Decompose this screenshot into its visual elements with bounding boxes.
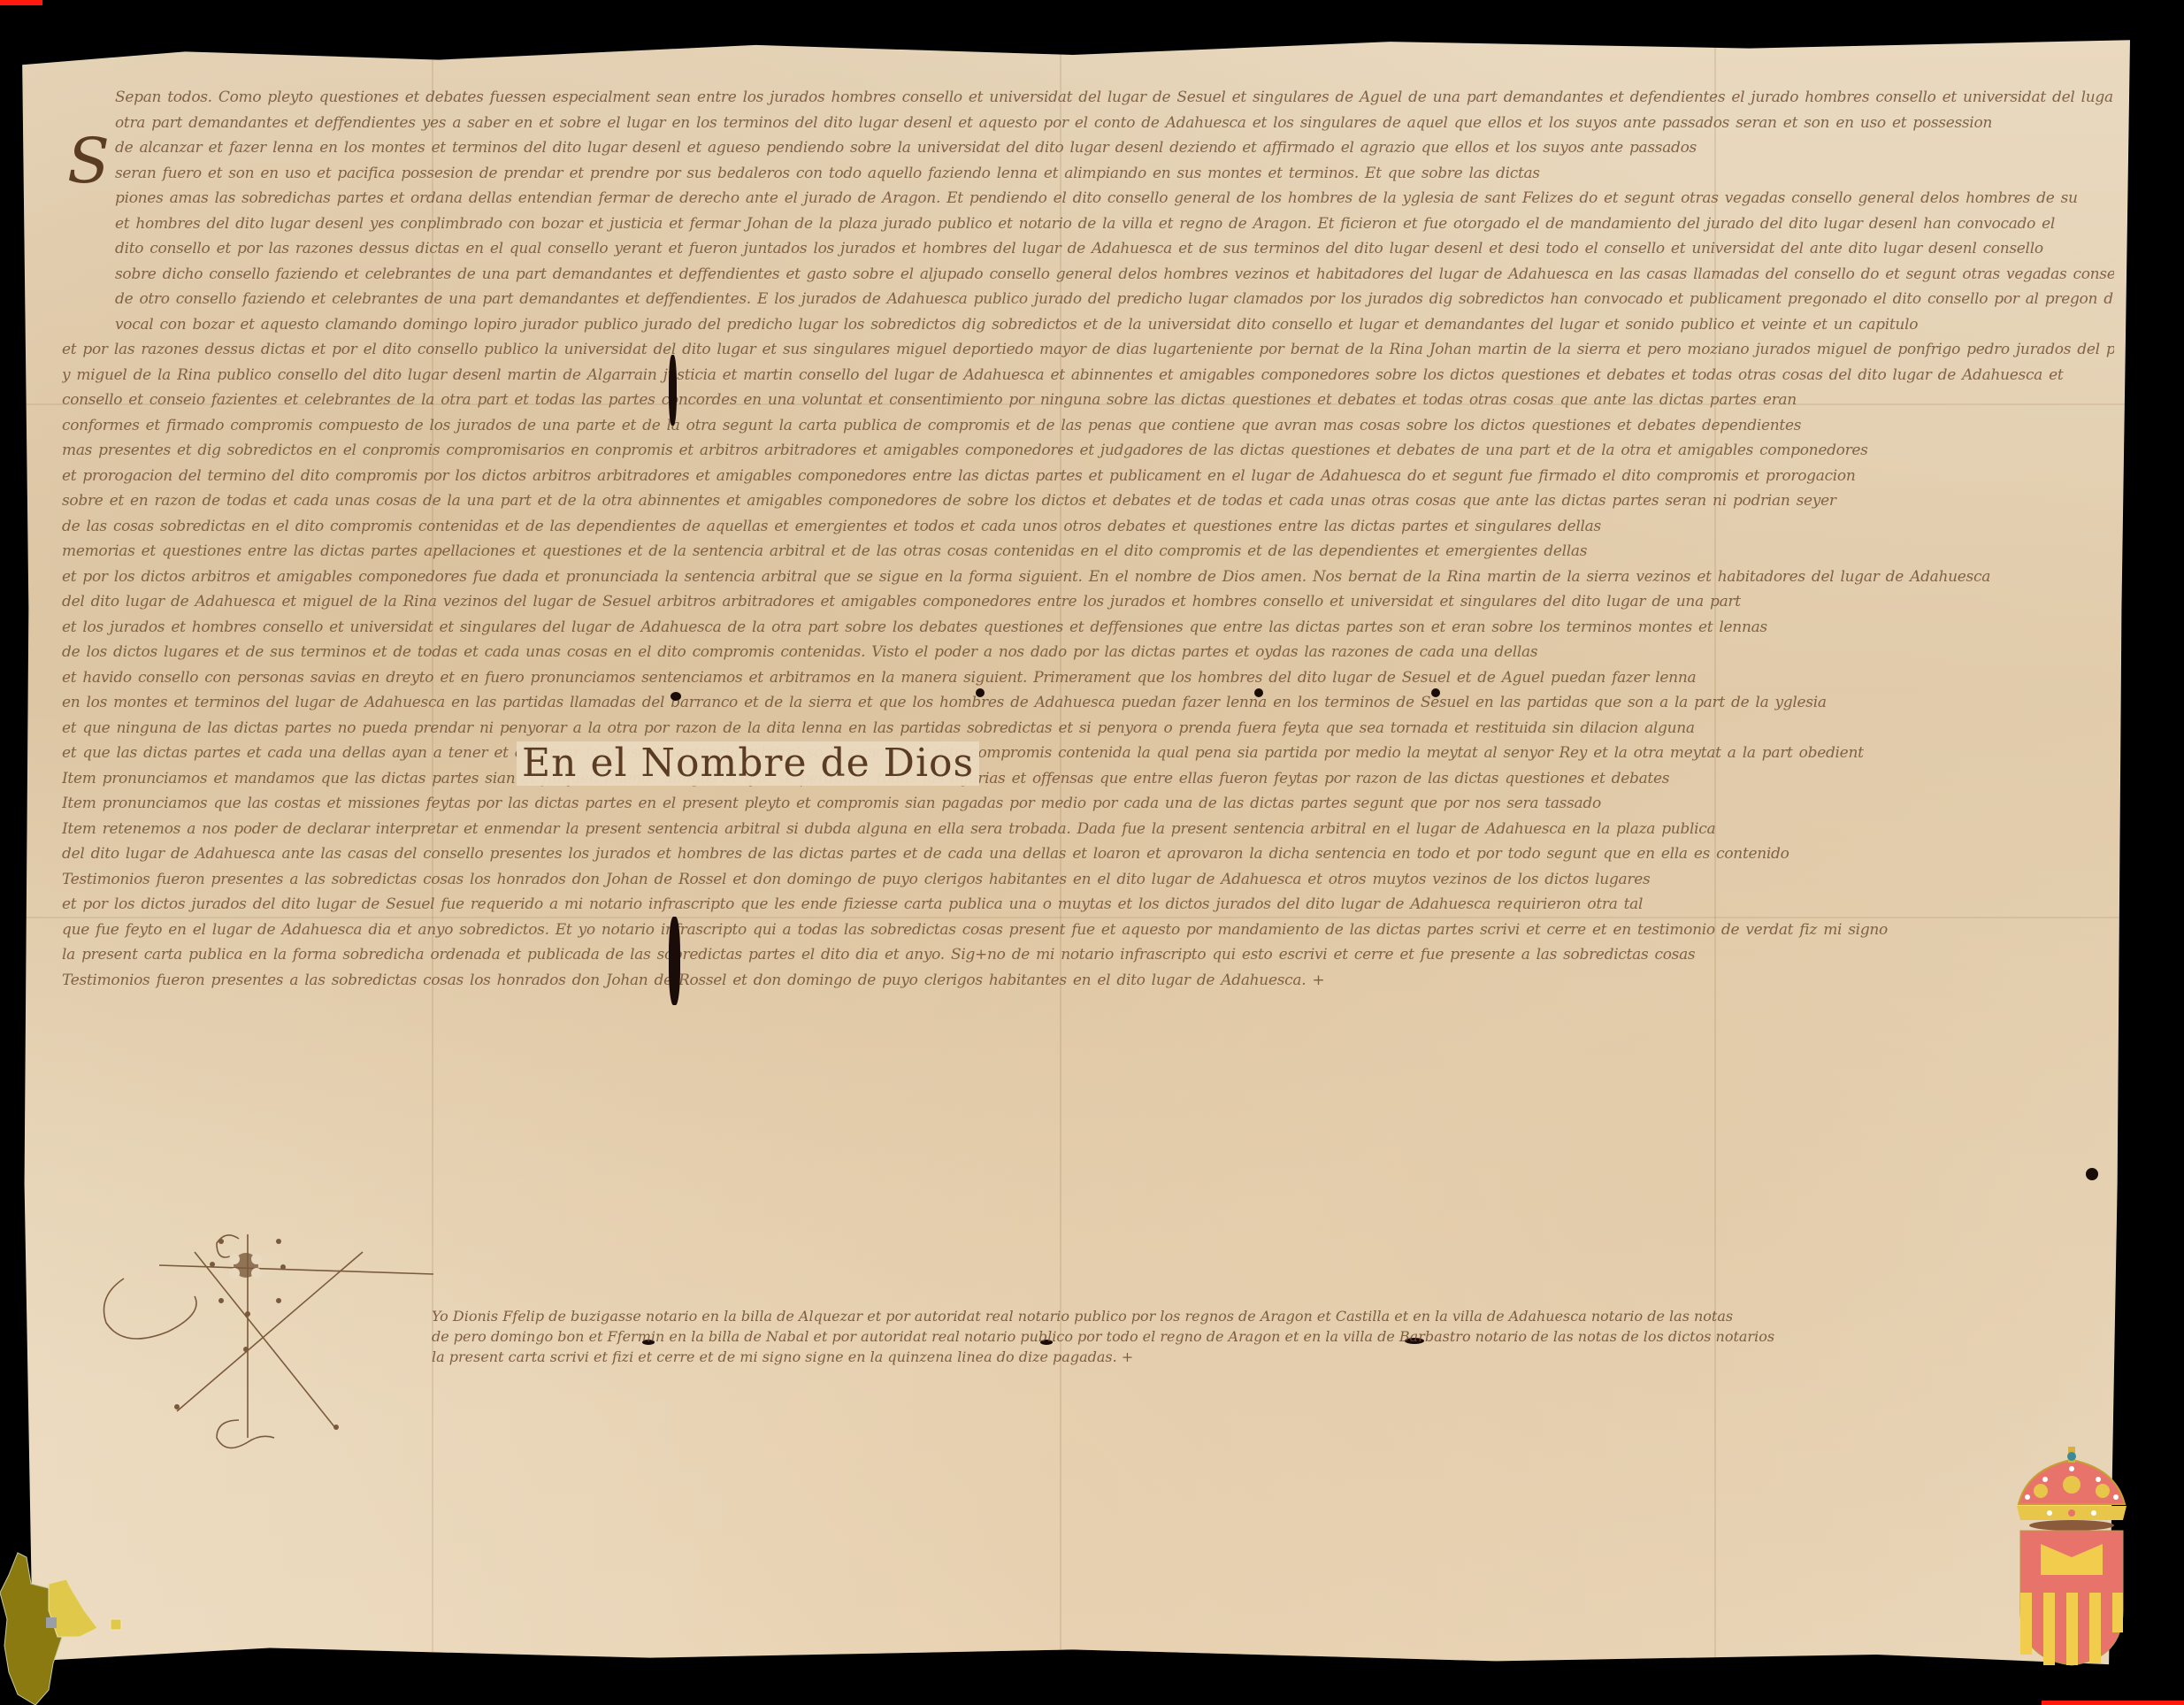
incipit-heading: En el Nombre de Dios	[517, 741, 979, 786]
manuscript-line: y miguel de la Rina publico consello del…	[62, 363, 2114, 388]
manuscript-line: de las cosas sobredictas en el dito comp…	[62, 514, 2114, 540]
manuscript-line: piones amas las sobredichas partes et or…	[62, 186, 2114, 211]
manuscript-line: del dito lugar de Adahuesca et miguel de…	[62, 589, 2114, 615]
manuscript-line: sobre et en razon de todas et cada unas …	[62, 488, 2114, 514]
notarial-signum-icon	[71, 1225, 451, 1517]
manuscript-line: sobre dicho consello faziendo et celebra…	[62, 262, 2114, 288]
manuscript-line: del dito lugar de Adahuesca ante las cas…	[62, 841, 2114, 867]
manuscript-line: seran fuero et son en uso et pacifica po…	[62, 161, 2114, 187]
manuscript-line: et los jurados et hombres consello et un…	[62, 615, 2114, 641]
manuscript-line: et por los dictos arbitros et amigables …	[62, 564, 2114, 590]
ink-blot	[669, 355, 677, 426]
manuscript-line: consello et conseio fazientes et celebra…	[62, 388, 2114, 413]
manuscript-line: et que las dictas partes et cada una del…	[62, 741, 2114, 766]
manuscript-line: dito consello et por las razones dessus …	[62, 236, 2114, 262]
coat-of-arms-icon	[2010, 1433, 2134, 1672]
manuscript-line: et prorogacion del termino del dito comp…	[62, 464, 2114, 489]
ink-blot	[2086, 1168, 2098, 1180]
manuscript-line: Testimonios fueron presentes a las sobre…	[62, 867, 2114, 893]
manuscript-line: et hombres del dito lugar desenl yes con…	[62, 211, 2114, 237]
manuscript-line: de alcanzar et fazer lenna en los montes…	[62, 135, 2114, 161]
ink-blot	[1431, 688, 1440, 697]
manuscript-line: en los montes et terminos del lugar de A…	[62, 690, 2114, 716]
manuscript-line: Testimonios fueron presentes a las sobre…	[62, 968, 2114, 994]
manuscript-line: Item pronunciamos et mandamos que las di…	[62, 766, 2114, 792]
manuscript-line: la present carta publica en la forma sob…	[62, 942, 2114, 968]
bottom-right-red-bar	[2042, 1701, 2184, 1705]
manuscript-line: que fue feyto en el lugar de Adahuesca d…	[62, 918, 2114, 943]
notarial-subscription: Yo Dionis Ffelip de buzigasse notario en…	[432, 1306, 1774, 1367]
manuscript-line: et havido consello con personas savias e…	[62, 665, 2114, 691]
ink-blot	[976, 688, 985, 697]
top-left-red-bar	[0, 0, 42, 5]
manuscript-line: conformes et firmado compromis compuesto…	[62, 413, 2114, 439]
manuscript-line: et por los dictos jurados del dito lugar…	[62, 892, 2114, 918]
manuscript-line: Item retenemos a nos poder de declarar i…	[62, 817, 2114, 842]
manuscript-line: et que ninguna de las dictas partes no p…	[62, 716, 2114, 741]
manuscript-line: otra part demandantes et deffendientes y…	[62, 111, 2114, 136]
manuscript-line: Item pronunciamos que las costas et miss…	[62, 791, 2114, 817]
manuscript-line: de otro consello faziendo et celebrantes…	[62, 287, 2114, 312]
manuscript-line: de los dictos lugares et de sus terminos…	[62, 640, 2114, 665]
ink-blot	[669, 917, 680, 1005]
manuscript-line: vocal con bozar et aquesto clamando domi…	[62, 312, 2114, 338]
ink-blot	[671, 692, 681, 701]
region-map-icon	[0, 1548, 124, 1705]
charter-body: Sepan todos. Como pleyto questiones et d…	[62, 85, 2114, 993]
manuscript-line: Sepan todos. Como pleyto questiones et d…	[62, 85, 2114, 111]
manuscript-line: mas presentes et dig sobredictos en el c…	[62, 438, 2114, 464]
ink-blot	[1254, 688, 1263, 697]
manuscript-line: memorias et questiones entre las dictas …	[62, 539, 2114, 564]
manuscript-line: et por las razones dessus dictas et por …	[62, 337, 2114, 363]
